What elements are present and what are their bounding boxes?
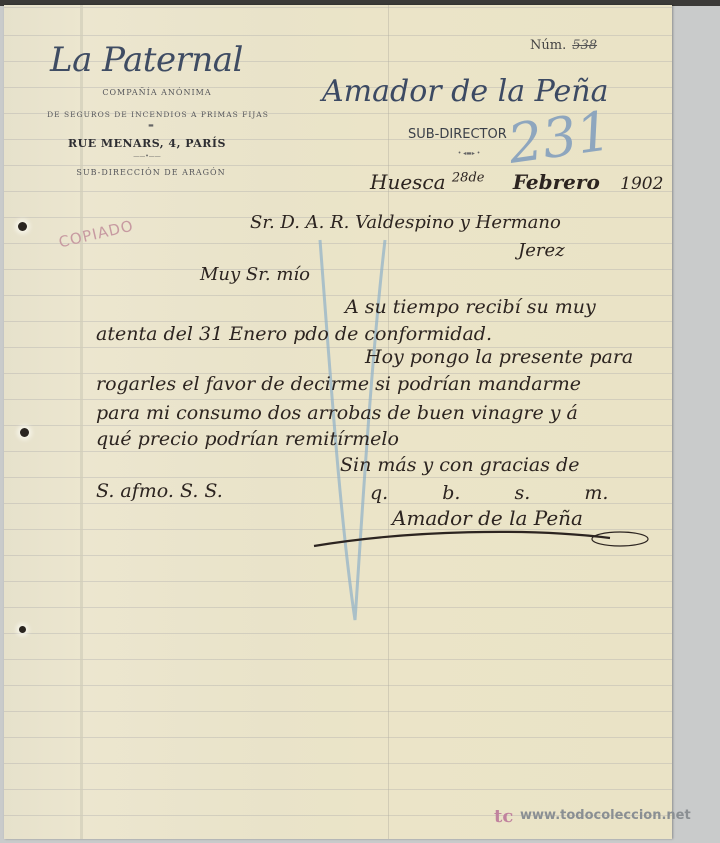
body-line: para mi consumo dos arrobas de buen vina…	[96, 402, 578, 424]
company-name: La Paternal	[50, 40, 243, 80]
number-value: 538	[572, 38, 597, 53]
recipient-line-1: Sr. D. A. R. Valdespino y Hermano	[250, 212, 561, 233]
document-number: Núm.538	[530, 38, 597, 53]
month: Febrero	[513, 170, 600, 194]
closing-left: S. afmo. S. S.	[96, 480, 223, 502]
punch-hole	[19, 626, 26, 633]
sender-title: SUB-DIRECTOR	[408, 127, 507, 142]
place-date: Huesca 28de Febrero 1902	[370, 170, 663, 194]
body-line: atenta del 31 Enero pdo de conformidad.	[96, 323, 492, 345]
body-line: Hoy pongo la presente para	[365, 346, 633, 368]
body-line: rogarles el favor de decirme si podrían …	[96, 373, 581, 395]
company-type: COMPAÑÍA ANÓNIMA	[42, 88, 272, 97]
signature-flourish	[310, 524, 650, 554]
company-business: DE SEGUROS DE INCENDIOS A PRIMAS FIJAS	[36, 110, 280, 119]
watermark-text: www.todocoleccion.net	[520, 808, 691, 823]
recipient-line-2: Jerez	[518, 240, 565, 261]
paper-fold	[80, 5, 83, 839]
closing-abbreviation: q. b. s. m.	[370, 482, 608, 504]
company-branch: SUB-DIRECCIÓN DE ARAGÓN	[36, 168, 266, 177]
day: 28	[452, 170, 469, 185]
year: 1902	[620, 174, 663, 194]
closing-line: Sin más y con gracias de	[340, 454, 579, 476]
punch-hole	[18, 222, 27, 231]
place: Huesca	[370, 170, 446, 194]
number-label: Núm.	[530, 38, 566, 53]
ornament: ▬	[36, 122, 266, 129]
company-address: RUE MENARS, 4, PARÍS	[32, 137, 262, 150]
ornament: ——•——	[32, 153, 262, 160]
de: de	[468, 170, 484, 185]
punch-hole	[20, 428, 29, 437]
todocoleccion-logo-icon: tc	[494, 806, 512, 828]
salutation: Muy Sr. mío	[200, 264, 310, 285]
body-line: qué precio podrían remitírmelo	[96, 428, 399, 450]
body-line: A su tiempo recibí su muy	[345, 296, 596, 318]
